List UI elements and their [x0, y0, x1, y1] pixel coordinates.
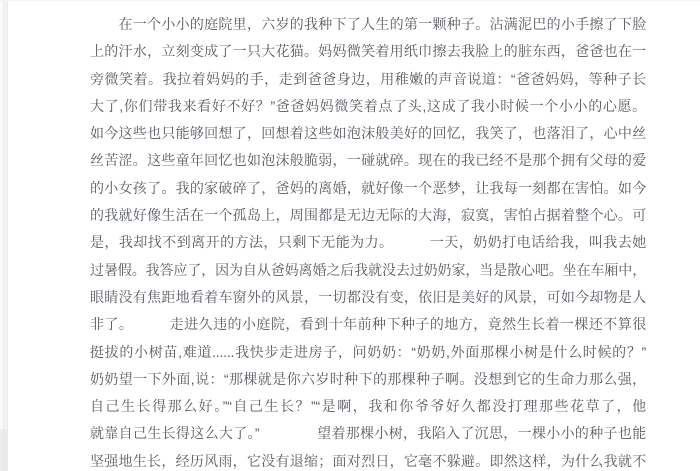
text-line: 眼睛没有焦距地看着车窗外的风景，一切都没有变，依旧是美好的风景，可如今却物是人: [90, 284, 646, 311]
text-line: 在一个小小的庭院里，六岁的我种下了人生的第一颗种子。沾满泥巴的小手擦了下脸: [90, 11, 646, 38]
page-edge-shadow: [0, 429, 7, 471]
text-line: 就靠自己生长得这么大了。” 望着那棵小树，我陷入了沉思，一棵小小的种子也能: [90, 420, 646, 447]
text-line: 非了。 走进久违的小庭院，看到十年前种下种子的地方，竟然生长着一棵还不算很: [90, 311, 646, 338]
text-line: 大了,你们带我来看好不好？”爸爸妈妈微笑着点了头,这成了我小时候一个小小的心愿。: [90, 93, 646, 120]
text-line: 自己生长得那么好。”“自己生长？”“是啊，我和你爷爷好久都没打理那些花草了，他: [90, 393, 646, 420]
text-line: 是，我却找不到离开的方法，只剩下无能为力。 一天，奶奶打电话给我，叫我去她: [90, 229, 646, 256]
text-line: 奶奶望一下外面,说：“那棵就是你六岁时种下的那棵种子啊。没想到它的生命力那么强，: [90, 366, 646, 393]
text-line: 上的汗水，立刻变成了一只大花猫。妈妈微笑着用纸巾擦去我脸上的脏东西，爸爸也在一: [90, 38, 646, 65]
document-page: 在一个小小的庭院里，六岁的我种下了人生的第一颗种子。沾满泥巴的小手擦了下脸 上的…: [0, 0, 700, 471]
text-line: 坚强地生长，经历风雨，它没有退缩；面对烈日，它毫不躲避。即然这样，为什么我就不: [90, 448, 646, 471]
text-line: 的我就好像生活在一个孤岛上，周围都是无边无际的大海，寂寞，害怕占据着整个心。可: [90, 202, 646, 229]
text-line: 挺拔的小树苗,难道......我快步走进房子，问奶奶：“奶奶,外面那棵小树是什么…: [90, 339, 646, 366]
essay-text: 在一个小小的庭院里，六岁的我种下了人生的第一颗种子。沾满泥巴的小手擦了下脸 上的…: [90, 11, 646, 471]
text-line: 旁微笑着。我拉着妈妈的手，走到爸爸身边，用稚嫩的声音说道：“爸爸妈妈，等种子长: [90, 66, 646, 93]
text-line: 的小女孩了。我的家破碎了，爸妈的离婚，就好像一个恶梦，让我每一刻都在害怕。如今: [90, 175, 646, 202]
page-left-edge: [0, 1, 8, 471]
text-line: 如今这些也只能够回想了，回想着这些如泡沫般美好的回忆，我笑了，也落泪了，心中丝: [90, 120, 646, 147]
text-line: 过暑假。我答应了，因为自从爸妈离婚之后我就没去过奶奶家，当是散心吧。坐在车厢中，: [90, 257, 646, 284]
text-line: 丝苦涩。这些童年回忆也如泡沫般脆弱，一碰就碎。现在的我已经不是那个拥有父母的爱: [90, 147, 646, 174]
